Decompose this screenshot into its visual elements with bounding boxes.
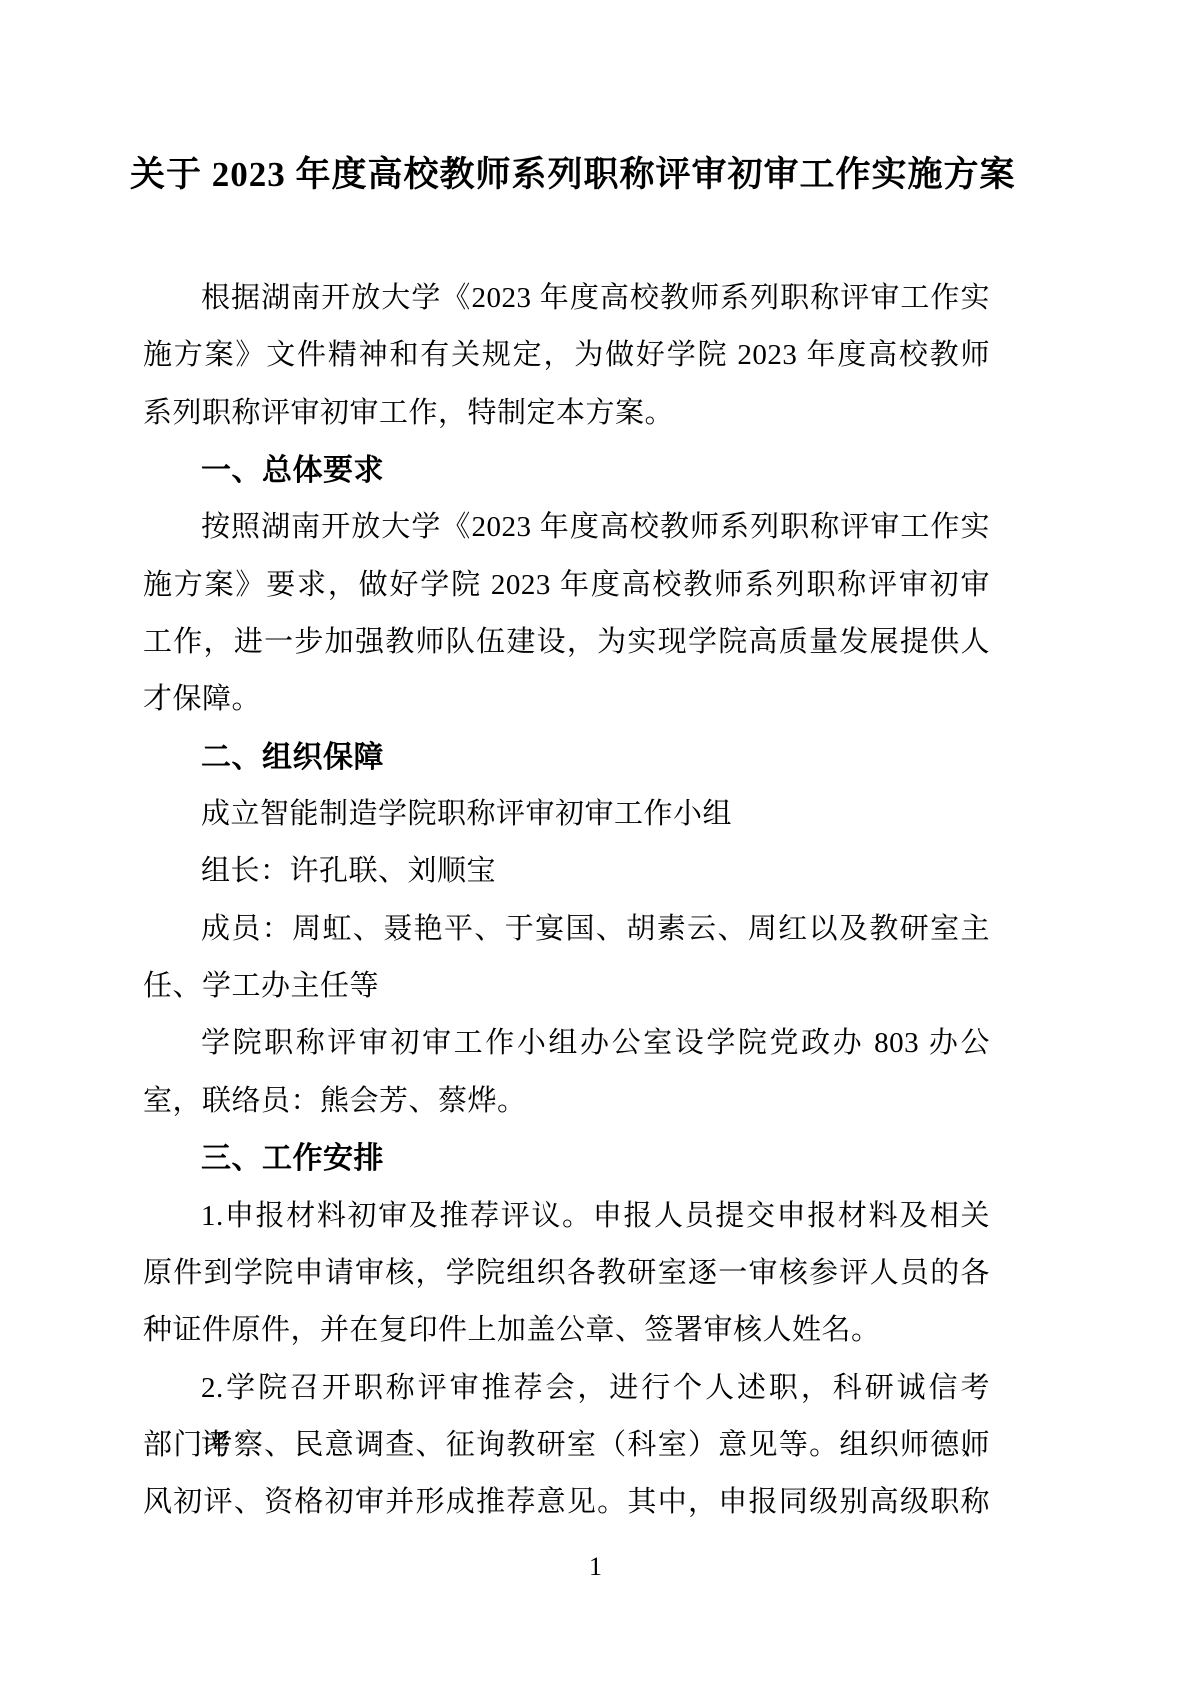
body-line: 工作，进一步加强教师队伍建设，为实现学院高质量发展提供人 — [143, 614, 990, 671]
body-line: 按照湖南开放大学《2023 年度高校教师系列职称评审工作实 — [143, 499, 990, 556]
section-heading: 二、组织保障 — [143, 729, 990, 786]
page-number: 1 — [0, 1552, 1191, 1582]
body-line: 成立智能制造学院职称评审初审工作小组 — [143, 786, 990, 843]
document-body: 根据湖南开放大学《2023 年度高校教师系列职称评审工作实施方案》文件精神和有关… — [143, 270, 990, 1532]
body-line: 系列职称评审初审工作，特制定本方案。 — [143, 385, 990, 442]
body-line: 任、学工办主任等 — [143, 958, 990, 1015]
body-line: 2.学院召开职称评审推荐会，进行个人述职，科研诚信考评、 — [143, 1360, 990, 1417]
document-page: 关于 2023 年度高校教师系列职称评审初审工作实施方案 根据湖南开放大学《20… — [0, 0, 1191, 1684]
body-line: 成员：周虹、聂艳平、于宴国、胡素云、周红以及教研室主 — [143, 901, 990, 958]
body-line: 组长：许孔联、刘顺宝 — [143, 843, 990, 900]
body-line: 1.申报材料初审及推荐评议。申报人员提交申报材料及相关 — [143, 1188, 990, 1245]
body-line: 种证件原件，并在复印件上加盖公章、签署审核人姓名。 — [143, 1302, 990, 1359]
body-line: 施方案》文件精神和有关规定，为做好学院 2023 年度高校教师 — [143, 327, 990, 384]
body-line: 原件到学院申请审核，学院组织各教研室逐一审核参评人员的各 — [143, 1245, 990, 1302]
section-heading: 一、总体要求 — [143, 442, 990, 499]
body-line: 部门考察、民意调查、征询教研室（科室）意见等。组织师德师 — [143, 1417, 990, 1474]
body-line: 学院职称评审初审工作小组办公室设学院党政办 803 办公 — [143, 1015, 990, 1072]
body-line: 根据湖南开放大学《2023 年度高校教师系列职称评审工作实 — [143, 270, 990, 327]
body-line: 风初评、资格初审并形成推荐意见。其中，申报同级别高级职称 — [143, 1474, 990, 1531]
body-line: 施方案》要求，做好学院 2023 年度高校教师系列职称评审初审 — [143, 557, 990, 614]
body-line: 才保障。 — [143, 671, 990, 728]
body-line: 室，联络员：熊会芳、蔡烨。 — [143, 1073, 990, 1130]
document-title: 关于 2023 年度高校教师系列职称评审初审工作实施方案 — [130, 150, 1010, 200]
section-heading: 三、工作安排 — [143, 1130, 990, 1187]
